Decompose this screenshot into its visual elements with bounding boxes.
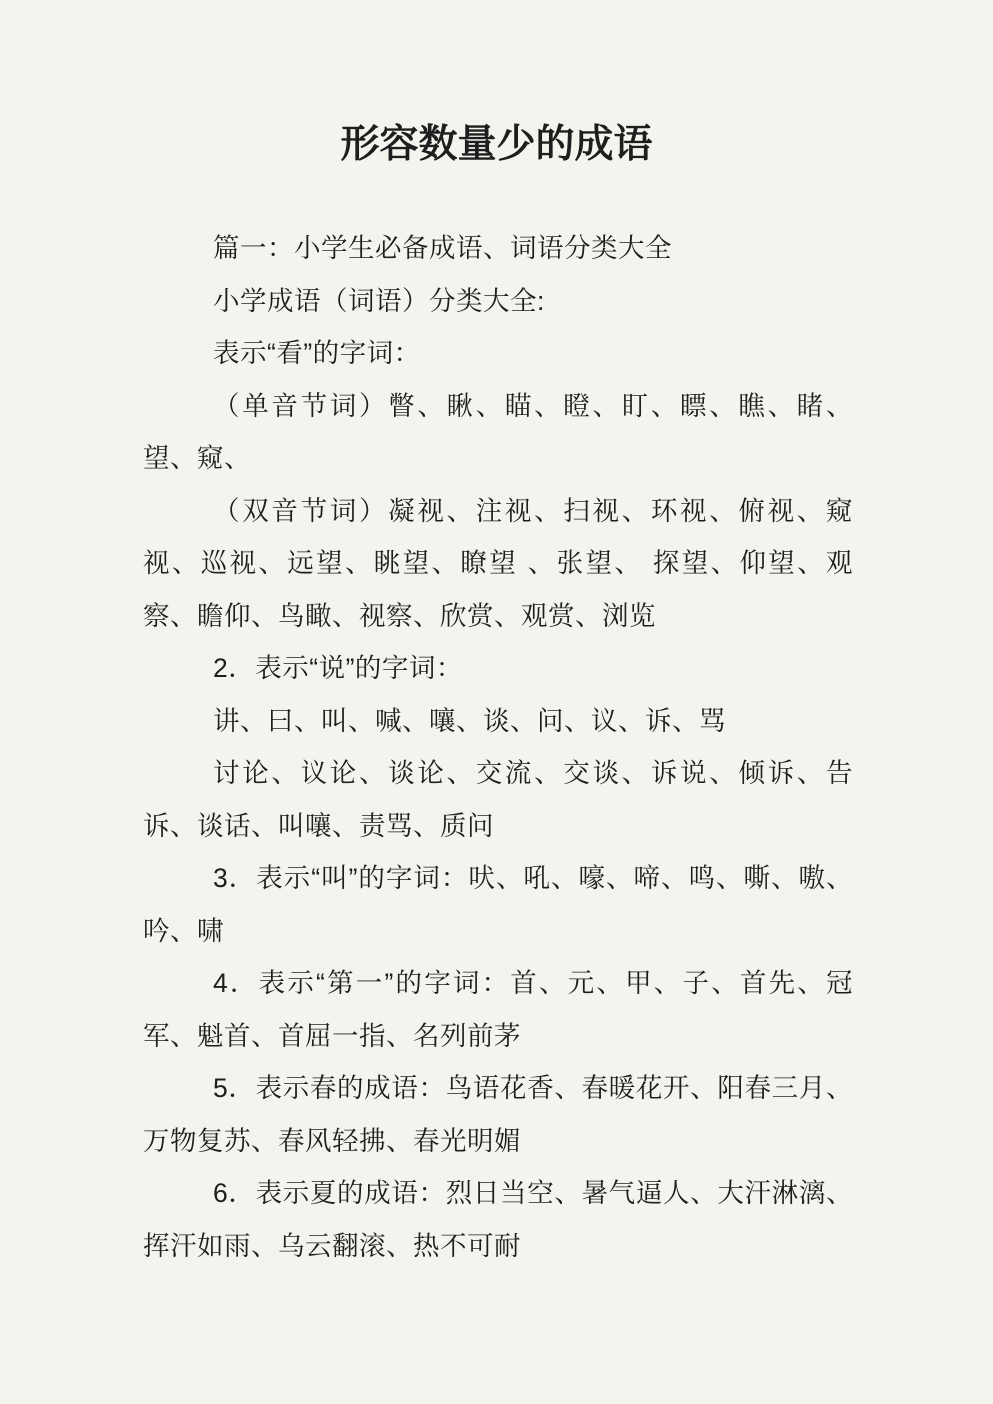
paragraph-call-words: 3．表示“叫”的字词：吠、吼、嚎、啼、鸣、嘶、嗷、吟、啸 [143,852,853,957]
paragraph-spring-idioms: 5．表示春的成语：鸟语花香、春暖花开、阳春三月、万物复苏、春风轻拂、春光明媚 [143,1062,853,1167]
paragraph-summer-idioms: 6．表示夏的成语：烈日当空、暑气逼人、大汗淋漓、挥汗如雨、乌云翻滚、热不可耐 [143,1167,853,1272]
paragraph-look-disyllable-words: （双音节词）凝视、注视、扫视、环视、俯视、窥视、巡视、远望、眺望、瞭望 、张望、… [143,485,853,643]
paragraph-look-heading: 表示“看”的字词： [143,327,853,380]
paragraph-subheading: 小学成语（词语）分类大全: [143,275,853,328]
document-title: 形容数量少的成语 [143,115,850,175]
paragraph-say-heading: 2．表示“说”的字词： [143,642,853,695]
paragraph-say-single-words: 讲、曰、叫、喊、嚷、谈、问、议、诉、骂 [143,695,853,748]
document-body: 篇一：小学生必备成语、词语分类大全 小学成语（词语）分类大全: 表示“看”的字词… [143,222,853,1272]
paragraph-say-compound-words: 讨论、议论、谈论、交流、交谈、诉说、倾诉、告诉、谈话、叫嚷、责骂、质问 [143,747,853,852]
paragraph-section-heading-1: 篇一：小学生必备成语、词语分类大全 [143,222,853,275]
document-page: 形容数量少的成语 篇一：小学生必备成语、词语分类大全 小学成语（词语）分类大全:… [0,0,993,1404]
paragraph-first-words: 4．表示“第一”的字词：首、元、甲、子、首先、冠军、魁首、首屈一指、名列前茅 [143,957,853,1062]
paragraph-look-monosyllable-words: （单音节词）瞥、瞅、瞄、瞪、盯、瞟、瞧、睹、望、窥、 [143,380,853,485]
